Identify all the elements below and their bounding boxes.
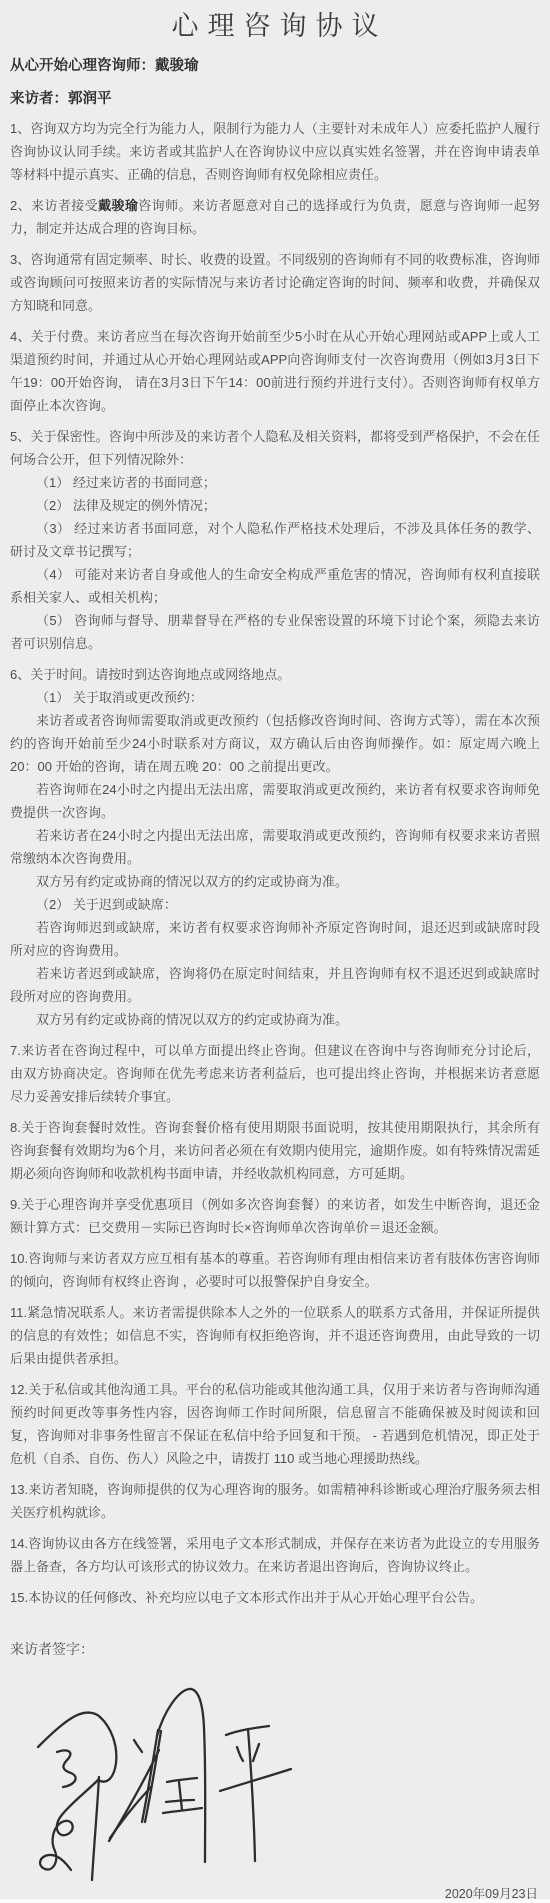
clause-3: 3、咨询通常有固定频率、时长、收费的设置。不同级别的咨询师有不同的收费标准，咨询… bbox=[10, 248, 540, 317]
clause-6-item-4: 若来访者在24小时之内提出无法出席，需要取消或更改预约，咨询师有权要求来访者照常… bbox=[10, 824, 540, 870]
clause-6-item-2: 来访者或者咨询师需要取消或更改预约（包括修改咨询时间、咨询方式等），需在本次预约… bbox=[10, 709, 540, 778]
visitor-label: 来访者： bbox=[10, 91, 68, 107]
clause-5: 5、关于保密性。咨询中所涉及的来访者个人隐私及相关资料，都将受到严格保护，不会在… bbox=[10, 425, 540, 471]
clause-7: 7.来访者在咨询过程中，可以单方面提出终止咨询。但建议在咨询中与咨询师充分讨论后… bbox=[10, 1039, 540, 1108]
visitor-line: 来访者：郭润平 bbox=[10, 89, 540, 109]
counselor-line: 从心开始心理咨询师：戴骏瑜 bbox=[10, 56, 540, 76]
clause-6: 6、关于时间。请按时到达咨询地点或网络地点。 bbox=[10, 663, 540, 686]
page-bottom-edge bbox=[0, 1899, 550, 1903]
counselor-name: 戴骏瑜 bbox=[155, 58, 199, 74]
agreement-document: 心理咨询协议 从心开始心理咨询师：戴骏瑜 来访者：郭润平 1、咨询双方均为完全行… bbox=[0, 0, 550, 1903]
clause-1: 1、咨询双方均为完全行为能力人，限制行为能力人（主要针对未成年人）应委托监护人履… bbox=[10, 117, 540, 186]
clauses: 1、咨询双方均为完全行为能力人，限制行为能力人（主要针对未成年人）应委托监护人履… bbox=[10, 117, 540, 1609]
clause-12: 12.关于私信或其他沟通工具。平台的私信功能或其他沟通工具，仅用于来访者与咨询师… bbox=[10, 1378, 540, 1470]
clause-6-item-9: 双方另有约定或协商的情况以双方的约定或协商为准。 bbox=[10, 1008, 540, 1031]
clause-4: 4、关于付费。来访者应当在每次咨询开始前至少5小时在从心开始心理网站或APP上或… bbox=[10, 325, 540, 417]
clause-14: 14.咨询协议由各方在线签署，采用电子文本形式制成，并保存在来访者为此设立的专用… bbox=[10, 1532, 540, 1578]
clause-6-item-8: 若来访者迟到或缺席，咨询将仍在原定时间结束，并且咨询师有权不退还迟到或缺席时段所… bbox=[10, 962, 540, 1008]
clause-5-item-5: （5） 咨询师与督导、朋辈督导在严格的专业保密设置的环境下讨论个案，须隐去来访者… bbox=[10, 609, 540, 655]
clause-9: 9.关于心理咨询并享受优惠项目（例如多次咨询套餐）的来访者，如发生中断咨询，退还… bbox=[10, 1193, 540, 1239]
clause-5-item-1: （1） 经过来访者的书面同意； bbox=[10, 471, 540, 494]
signature-label: 来访者签字： bbox=[10, 1639, 540, 1659]
clause-6-item-7: 若咨询师迟到或缺席，来访者有权要求咨询师补齐原定咨询时间，退还迟到或缺席时段所对… bbox=[10, 916, 540, 962]
signature-ink-icon bbox=[10, 1673, 550, 1883]
clause-11: 11.紧急情况联系人。来访者需提供除本人之外的一位联系人的联系方式备用，并保证所… bbox=[10, 1301, 540, 1370]
counselor-label: 从心开始心理咨询师： bbox=[10, 58, 155, 74]
visitor-signature bbox=[10, 1673, 540, 1883]
clause-8: 8.关于咨询套餐时效性。咨询套餐价格有使用期限书面说明，按其使用期限执行，其余所… bbox=[10, 1116, 540, 1185]
clause-2-counselor-name: 戴骏瑜 bbox=[98, 198, 138, 213]
clause-13: 13.来访者知晓，咨询师提供的仅为心理咨询的服务。如需精神科诊断或心理治疗服务须… bbox=[10, 1478, 540, 1524]
clause-2: 2、来访者接受戴骏瑜咨询师。来访者愿意对自己的选择或行为负责，愿意与咨询师一起努… bbox=[10, 194, 540, 240]
clause-6-item-1: （1） 关于取消或更改预约： bbox=[10, 686, 540, 709]
clause-6-item-3: 若咨询师在24小时之内提出无法出席，需要取消或更改预约，来访者有权要求咨询师免费… bbox=[10, 778, 540, 824]
clause-5-item-2: （2） 法律及规定的例外情况； bbox=[10, 494, 540, 517]
clause-15: 15.本协议的任何修改、补充均应以电子文本形式作出并于从心开始心理平台公告。 bbox=[10, 1586, 540, 1609]
visitor-name: 郭润平 bbox=[68, 91, 112, 107]
clause-5-item-4: （4） 可能对来访者自身或他人的生命安全构成严重危害的情况，咨询师有权利直接联系… bbox=[10, 563, 540, 609]
clause-6-item-6: （2） 关于迟到或缺席： bbox=[10, 893, 540, 916]
clause-2-prefix: 2、来访者接受 bbox=[10, 198, 98, 213]
clause-5-item-3: （3） 经过来访者书面同意，对个人隐私作严格技术处理后，不涉及具体任务的教学、研… bbox=[10, 517, 540, 563]
clause-6-item-5: 双方另有约定或协商的情况以双方的约定或协商为准。 bbox=[10, 870, 540, 893]
page-title: 心理咨询协议 bbox=[10, 10, 540, 42]
clause-10: 10.咨询师与来访者双方应互相有基本的尊重。若咨询师有理由相信来访者有肢体伤害咨… bbox=[10, 1247, 540, 1293]
